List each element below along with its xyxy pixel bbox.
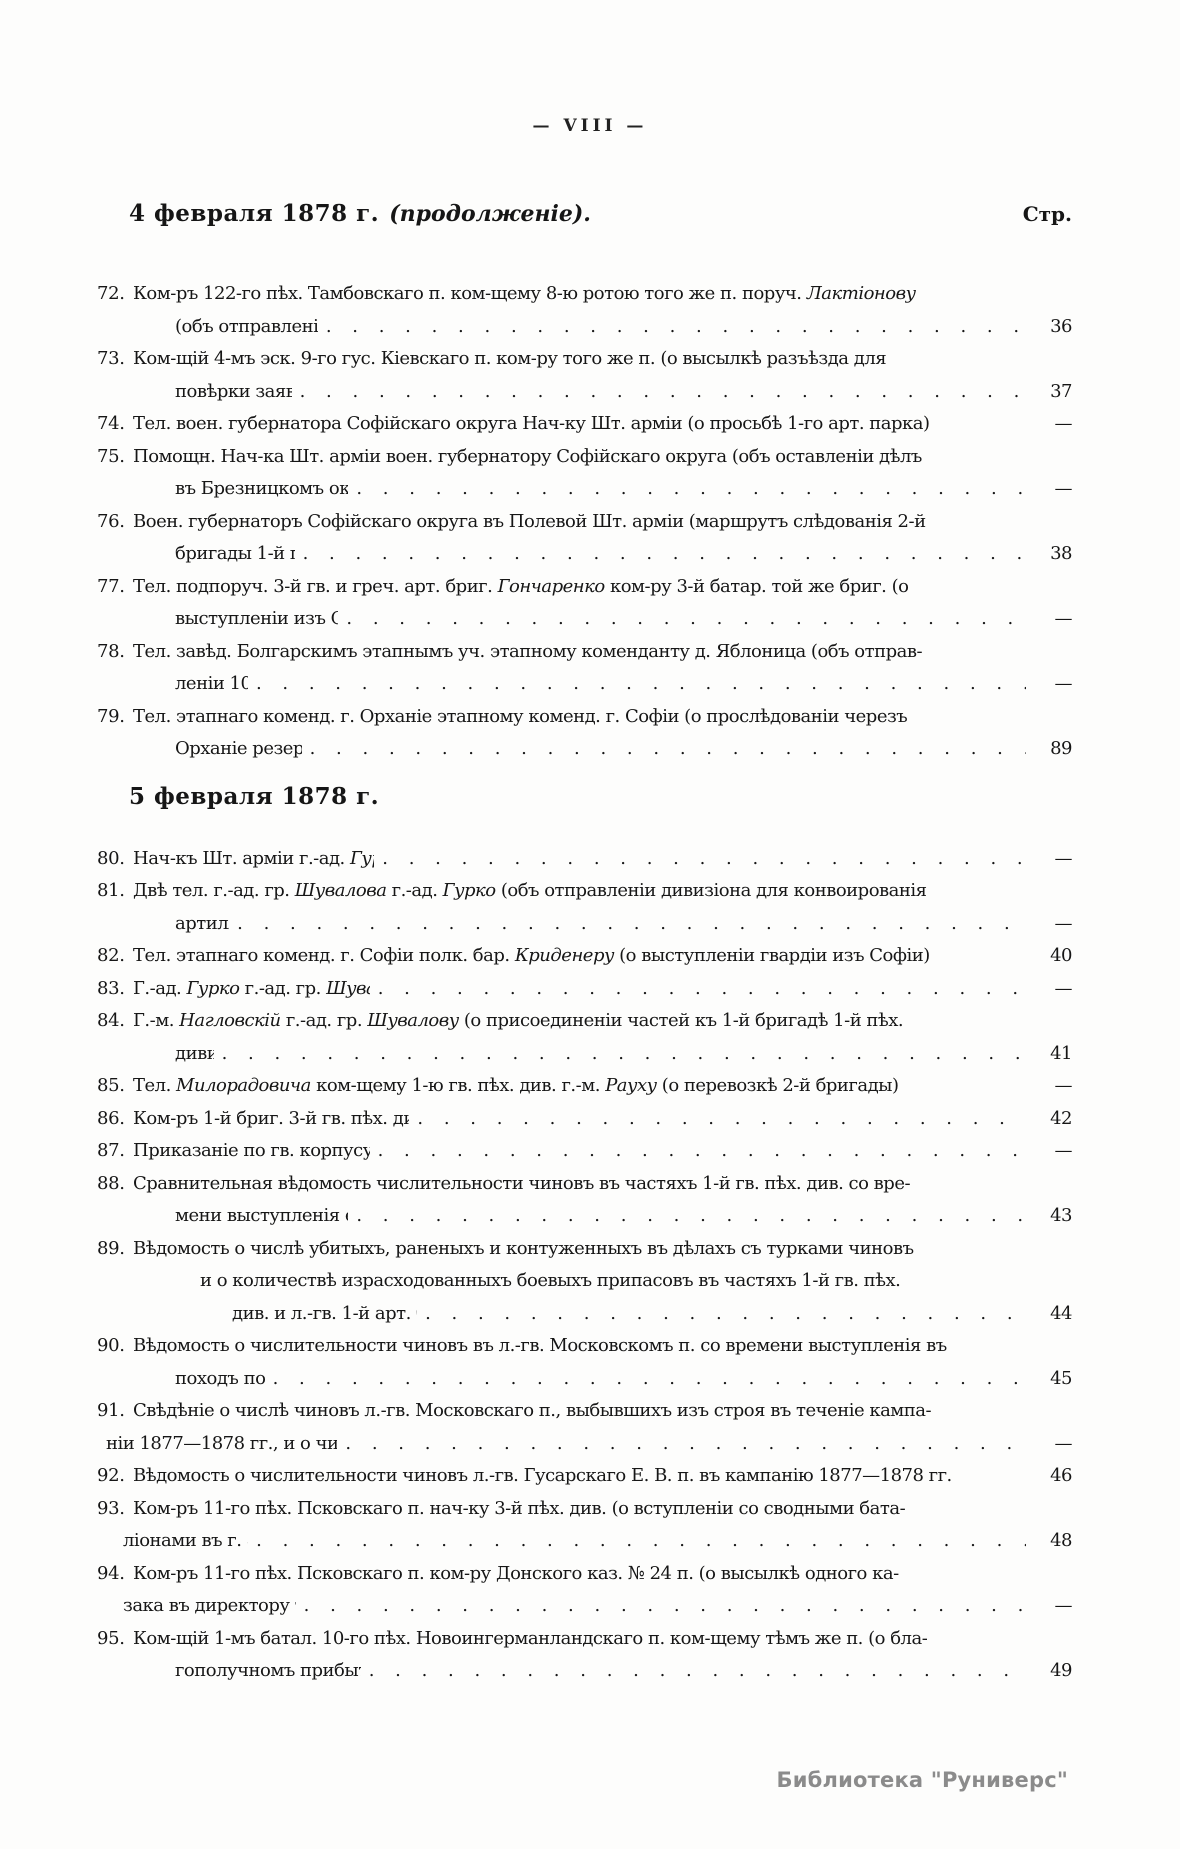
dot-leader: . . . . . . . . . . . . . . . . . . . . … — [370, 973, 1026, 1006]
entry-text-segment: и о количествѣ израсходованныхъ боевыхъ … — [200, 1270, 900, 1291]
entry-text-segment: г.-ад. гр. — [281, 1010, 368, 1031]
entry-page-number: 42 — [1026, 1103, 1072, 1136]
toc-entry: 94.Ком-ръ 11-го пѣх. Псковскаго п. ком-р… — [97, 1558, 1072, 1623]
entry-line: Орханіе резервнаго баталіона). . . . . .… — [175, 733, 1072, 766]
entry-number: 81. — [97, 875, 131, 908]
toc-entry: 80.Нач-къ Шт. арміи г.-ад. Гурко (о движ… — [97, 843, 1072, 876]
entry-number: 72. — [97, 278, 131, 311]
dot-leader: . . . . . . . . . . . . . . . . . . . . … — [337, 1428, 1026, 1461]
entry-page-number: — — [1026, 1135, 1072, 1168]
entry-page-number: — — [1026, 1428, 1072, 1461]
entry-text: ніи 1877—1878 гг., и о числѣ израсходова… — [106, 1428, 337, 1461]
entry-line: дивизіи). . . . . . . . . . . . . . . . … — [175, 1038, 1072, 1071]
entry-text-segment: (о присоединеніи частей къ 1-й бригадѣ 1… — [459, 1010, 903, 1031]
entry-page-number: 49 — [1026, 1655, 1072, 1688]
entry-number: 83. — [97, 973, 131, 1006]
toc-entry: 76.Воен. губернаторъ Софійскаго округа в… — [97, 506, 1072, 571]
entry-line: Ком-ръ 122-го пѣх. Тамбовскаго п. ком-ще… — [133, 278, 1072, 311]
entry-text-segment: походъ по 5 февраля — [175, 1368, 265, 1389]
entry-page-number: 45 — [1026, 1363, 1072, 1396]
entry-number: 92. — [97, 1460, 131, 1493]
entry-line: Вѣдомость о числительности чиновъ въ л.-… — [133, 1330, 1072, 1363]
entry-line: зака въ директору телеграфа въ г. Эносѣ)… — [123, 1590, 1072, 1623]
entry-text-segment: Орханіе резервнаго баталіона) — [175, 738, 302, 759]
person-name-italic: Гурко — [443, 880, 496, 901]
entry-text-segment: Помощн. Нач-ка Шт. арміи воен. губернато… — [133, 446, 922, 467]
entry-text: Приказаніе по гв. корпусу (о формировані… — [133, 1135, 370, 1168]
entry-page-number: 43 — [1026, 1200, 1072, 1233]
dot-leader: . . . . . . . . . . . . . . . . . . . . … — [214, 1038, 1026, 1071]
entry-text: и о количествѣ израсходованныхъ боевыхъ … — [200, 1265, 900, 1298]
entry-text: походъ по 5 февраля — [175, 1363, 265, 1396]
toc-entry: 92.Вѣдомость о числительности чиновъ л.-… — [97, 1460, 1072, 1493]
entry-number: 94. — [97, 1558, 131, 1591]
entry-line: Ком-ръ 1-й бриг. 3-й гв. пѣх. див. нач-к… — [133, 1103, 1072, 1136]
entry-text-segment: артиллеріи) — [175, 913, 229, 934]
entry-text-segment: Вѣдомость о числительности чиновъ въ л.-… — [133, 1335, 947, 1356]
dot-leader: . . . . . . . . . . . . . . . . . . . . … — [361, 1655, 1026, 1688]
entry-line: Ком-ръ 11-го пѣх. Псковскаго п. нач-ку 3… — [133, 1493, 1072, 1526]
entry-text: Г.-м. Нагловскій г.-ад. гр. Шувалову (о … — [133, 1005, 903, 1038]
toc-entry: 91.Свѣдѣніе о числѣ чиновъ л.-гв. Москов… — [97, 1395, 1072, 1460]
entry-line: Г.-м. Нагловскій г.-ад. гр. Шувалову (о … — [133, 1005, 1072, 1038]
entry-text-segment: Свѣдѣніе о числѣ чиновъ л.-гв. Московска… — [133, 1400, 931, 1421]
entry-text: Воен. губернаторъ Софійскаго округа въ П… — [133, 506, 926, 539]
entry-text-segment: Ком-ръ 122-го пѣх. Тамбовскаго п. ком-ще… — [133, 283, 807, 304]
entry-text-segment: повѣрки заявленій болгаръ) — [175, 381, 292, 402]
entry-text-segment: г.-ад. — [386, 880, 442, 901]
entry-text-segment: г.-ад. гр. — [239, 978, 326, 999]
entry-text-segment: Тел. подпоруч. 3-й гв. и греч. арт. бриг… — [133, 576, 498, 597]
entry-text-segment: Тел. воен. губернатора Софійскаго округа… — [133, 413, 930, 434]
entry-line: Тел. воен. губернатора Софійскаго округа… — [133, 408, 1072, 441]
entry-number: 75. — [97, 441, 131, 474]
page-marker: — VIII — — [0, 116, 1180, 136]
entry-text-segment: Г.-ад. — [133, 978, 186, 999]
entry-number: 79. — [97, 701, 131, 734]
dot-leader: . . . . . . . . . . . . . . . . . . . . … — [417, 1298, 1026, 1331]
entry-text-segment: Ком-ръ 11-го пѣх. Псковскаго п. ком-ру Д… — [133, 1563, 899, 1584]
entry-text-segment: Тел. завѣд. Болгарскимъ этапнымъ уч. эта… — [133, 641, 922, 662]
dot-leader: . . . . . . . . . . . . . . . . . . . . … — [295, 538, 1026, 571]
entry-text: Тел. Милорадовича ком-щему 1-ю гв. пѣх. … — [133, 1070, 899, 1103]
person-name-italic: Шувалова — [295, 880, 387, 901]
toc-entry: 78.Тел. завѣд. Болгарскимъ этапнымъ уч. … — [97, 636, 1072, 701]
entry-text-segment: Ком-ръ 11-го пѣх. Псковскаго п. нач-ку 3… — [133, 1498, 905, 1519]
entry-text: Вѣдомость о числительности чиновъ въ л.-… — [133, 1330, 947, 1363]
entry-text: Г.-ад. Гурко г.-ад. гр. Шувалову (о снаб… — [133, 973, 370, 1006]
dot-leader: . . . . . . . . . . . . . . . . . . . . … — [318, 311, 1026, 344]
entry-text: Ком-ръ 11-го пѣх. Псковскаго п. нач-ку 3… — [133, 1493, 905, 1526]
dot-leader: . . . . . . . . . . . . . . . . . . . . … — [292, 376, 1026, 409]
section-heading-note: (продолженіе). — [389, 196, 591, 232]
entry-line: Вѣдомость о числѣ убитыхъ, раненыхъ и ко… — [133, 1233, 1072, 1266]
entry-line: ніи 1877—1878 гг., и о числѣ израсходова… — [106, 1428, 1072, 1461]
entry-text: леніи 10-й роты) — [175, 668, 248, 701]
entry-page-number: — — [1026, 843, 1072, 876]
entry-line: походъ по 5 февраля. . . . . . . . . . .… — [175, 1363, 1072, 1396]
entry-number: 73. — [97, 343, 131, 376]
entry-text-segment: выступленіи изъ Орханіе двухъ ящиковъ). — [175, 608, 338, 629]
scanned-book-page: — VIII — 4 февраля 1878 г.(продолженіе).… — [0, 0, 1180, 1849]
person-name-italic: Нагловскій — [179, 1010, 280, 1031]
entry-text: Ком-ръ 122-го пѣх. Тамбовскаго п. ком-ще… — [133, 278, 916, 311]
entry-text: Ком-ръ 1-й бриг. 3-й гв. пѣх. див. нач-к… — [133, 1103, 409, 1136]
toc-entry: 86.Ком-ръ 1-й бриг. 3-й гв. пѣх. див. на… — [97, 1103, 1072, 1136]
entry-page-number: 48 — [1026, 1525, 1072, 1558]
entry-text: повѣрки заявленій болгаръ) — [175, 376, 292, 409]
person-name-italic: Лактіонову — [807, 283, 916, 304]
entry-text: выступленіи изъ Орханіе двухъ ящиковъ). — [175, 603, 338, 636]
entry-text-segment: (о выступленіи гвардіи изъ Софіи) — [614, 945, 930, 966]
entry-text: дивизіи) — [175, 1038, 214, 1071]
entry-number: 84. — [97, 1005, 131, 1038]
entry-number: 91. — [97, 1395, 131, 1428]
entry-page-number: 44 — [1026, 1298, 1072, 1331]
entry-text: Помощн. Нач-ка Шт. арміи воен. губернато… — [133, 441, 922, 474]
entry-text-segment: ліонами въ г. Эносъ и проч.) — [123, 1530, 248, 1551]
entry-text-segment: Ком-щій 1-мъ батал. 10-го пѣх. Новоингер… — [133, 1628, 927, 1649]
person-name-italic: Шувалову — [367, 1010, 458, 1031]
entry-text: (объ отправленіи при 2-й полуротѣ) — [175, 311, 318, 344]
entry-line: выступленіи изъ Орханіе двухъ ящиковъ)..… — [175, 603, 1072, 636]
entry-text-segment: гополучномъ прибытіи съ ротами въ д. Іен… — [175, 1660, 361, 1681]
entry-line: Тел. этапнаго коменд. г. Софіи полк. бар… — [133, 940, 1072, 973]
entry-number: 85. — [97, 1070, 131, 1103]
dot-leader: . . . . . . . . . . . . . . . . . . . . … — [248, 1525, 1026, 1558]
entry-text-segment: Ком-ръ 1-й бриг. 3-й гв. пѣх. див. нач-к… — [133, 1108, 409, 1129]
dot-leader: . . . . . . . . . . . . . . . . . . . . … — [338, 603, 1026, 636]
dot-leader: . . . . . . . . . . . . . . . . . . . . … — [296, 1590, 1026, 1623]
entry-text-segment: въ Брезницкомъ округѣ до заключенія мира… — [175, 478, 348, 499]
entry-line: гополучномъ прибытіи съ ротами въ д. Іен… — [175, 1655, 1072, 1688]
entry-page-number: 38 — [1026, 538, 1072, 571]
entry-text: Вѣдомость о числѣ убитыхъ, раненыхъ и ко… — [133, 1233, 914, 1266]
entry-text: бригады 1-й гв. пѣх. дивизіи) — [175, 538, 295, 571]
toc-entry: 90.Вѣдомость о числительности чиновъ въ … — [97, 1330, 1072, 1395]
toc-entry: 83.Г.-ад. Гурко г.-ад. гр. Шувалову (о с… — [97, 973, 1072, 1006]
entry-text-segment: Г.-м. — [133, 1010, 179, 1031]
dot-leader: . . . . . . . . . . . . . . . . . . . . … — [409, 1103, 1026, 1136]
entry-number: 90. — [97, 1330, 131, 1363]
entry-line: мени выступленія ея въ походъ по 5 февра… — [175, 1200, 1072, 1233]
toc-entry: 77.Тел. подпоруч. 3-й гв. и греч. арт. б… — [97, 571, 1072, 636]
toc-entry: 87.Приказаніе по гв. корпусу (о формиров… — [97, 1135, 1072, 1168]
entry-text-segment: бригады 1-й гв. пѣх. дивизіи) — [175, 543, 295, 564]
entry-text-segment: Тел. этапнаго коменд. г. Софіи полк. бар… — [133, 945, 515, 966]
entry-text-segment: ніи 1877—1878 гг., и о числѣ израсходова… — [106, 1433, 337, 1454]
dot-leader: . . . . . . . . . . . . . . . . . . . . … — [370, 1135, 1026, 1168]
person-name-italic: Гурко — [186, 978, 239, 999]
entry-number: 76. — [97, 506, 131, 539]
dot-leader: . . . . . . . . . . . . . . . . . . . . … — [302, 733, 1026, 766]
entry-text: Тел. подпоруч. 3-й гв. и греч. арт. бриг… — [133, 571, 908, 604]
entry-number: 78. — [97, 636, 131, 669]
entry-text: Ком-щій 1-мъ батал. 10-го пѣх. Новоингер… — [133, 1623, 927, 1656]
entry-line: Воен. губернаторъ Софійскаго округа въ П… — [133, 506, 1072, 539]
entry-line: (объ отправленіи при 2-й полуротѣ). . . … — [175, 311, 1072, 344]
entry-line: Сравнительная вѣдомость числительности ч… — [133, 1168, 1072, 1201]
toc-entry: 73.Ком-щій 4-мъ эск. 9-го гус. Кіевскаго… — [97, 343, 1072, 408]
entry-line: Двѣ тел. г.-ад. гр. Шувалова г.-ад. Гурк… — [133, 875, 1072, 908]
entry-text: Ком-ръ 11-го пѣх. Псковскаго п. ком-ру Д… — [133, 1558, 899, 1591]
entry-text-segment: зака въ директору телеграфа въ г. Эносѣ) — [123, 1595, 296, 1616]
entry-text-segment: Вѣдомость о числѣ убитыхъ, раненыхъ и ко… — [133, 1238, 914, 1259]
person-name-italic: Милорадовича — [176, 1075, 311, 1096]
toc-entry: 89.Вѣдомость о числѣ убитыхъ, раненыхъ и… — [97, 1233, 1072, 1331]
section-heading-row: 5 февраля 1878 г. — [97, 779, 1072, 815]
entry-text: Тел. воен. губернатора Софійскаго округа… — [133, 408, 930, 441]
entry-text-segment: Тел. — [133, 1075, 176, 1096]
entry-text-segment: (объ отправленіи при 2-й полуротѣ) — [175, 316, 318, 337]
entry-number: 80. — [97, 843, 131, 876]
entry-number: 77. — [97, 571, 131, 604]
entry-line: въ Брезницкомъ округѣ до заключенія мира… — [175, 473, 1072, 506]
entry-text: гополучномъ прибытіи съ ротами въ д. Іен… — [175, 1655, 361, 1688]
toc-entry: 84.Г.-м. Нагловскій г.-ад. гр. Шувалову … — [97, 1005, 1072, 1070]
entry-number: 82. — [97, 940, 131, 973]
entry-line: Нач-къ Шт. арміи г.-ад. Гурко (о движені… — [133, 843, 1072, 876]
entry-line: леніи 10-й роты). . . . . . . . . . . . … — [175, 668, 1072, 701]
entry-number: 89. — [97, 1233, 131, 1266]
toc-section: 4 февраля 1878 г.(продолженіе).Стр.72.Ко… — [97, 196, 1072, 766]
entry-page-number: — — [1026, 603, 1072, 636]
entry-text: Орханіе резервнаго баталіона) — [175, 733, 302, 766]
entry-line: Тел. подпоруч. 3-й гв. и греч. арт. бриг… — [133, 571, 1072, 604]
entry-line: бригады 1-й гв. пѣх. дивизіи). . . . . .… — [175, 538, 1072, 571]
entry-page-number: 36 — [1026, 311, 1072, 344]
entry-text: зака въ директору телеграфа въ г. Эносѣ) — [123, 1590, 296, 1623]
entry-line: Ком-щій 1-мъ батал. 10-го пѣх. Новоингер… — [133, 1623, 1072, 1656]
entry-page-number: 89 — [1026, 733, 1072, 766]
person-name-italic: Криденеру — [515, 945, 614, 966]
toc-entry: 93.Ком-ръ 11-го пѣх. Псковскаго п. нач-к… — [97, 1493, 1072, 1558]
entry-page-number: — — [1026, 668, 1072, 701]
dot-leader: . . . . . . . . . . . . . . . . . . . . … — [374, 843, 1026, 876]
entry-text: мени выступленія ея въ походъ по 5 февра… — [175, 1200, 348, 1233]
library-watermark: Библиотека "Руниверс" — [777, 1768, 1068, 1792]
entry-number: 74. — [97, 408, 131, 441]
toc-entry: 72.Ком-ръ 122-го пѣх. Тамбовскаго п. ком… — [97, 278, 1072, 343]
toc-section: 5 февраля 1878 г.80.Нач-къ Шт. арміи г.-… — [97, 779, 1072, 1688]
person-name-italic: Рауху — [605, 1075, 656, 1096]
entry-line: ліонами въ г. Эносъ и проч.). . . . . . … — [123, 1525, 1072, 1558]
entry-text-segment: див. и л.-гв. 1-й арт. бриг. въ кампанію… — [232, 1303, 417, 1324]
page-column-label: Стр. — [1023, 196, 1072, 232]
entry-number: 95. — [97, 1623, 131, 1656]
toc-entry: 75.Помощн. Нач-ка Шт. арміи воен. губерн… — [97, 441, 1072, 506]
entry-page-number: 46 — [1026, 1460, 1072, 1493]
entry-page-number: — — [1026, 973, 1072, 1006]
entry-text-segment: Двѣ тел. г.-ад. гр. — [133, 880, 295, 901]
entry-line: Тел. этапнаго коменд. г. Орханіе этапном… — [133, 701, 1072, 734]
entry-text-segment: Воен. губернаторъ Софійскаго округа въ П… — [133, 511, 926, 532]
entry-number: 87. — [97, 1135, 131, 1168]
entry-page-number: 41 — [1026, 1038, 1072, 1071]
section-date-heading: 4 февраля 1878 г. — [129, 196, 379, 232]
entry-line: Ком-щій 4-мъ эск. 9-го гус. Кіевскаго п.… — [133, 343, 1072, 376]
dot-leader: . . . . . . . . . . . . . . . . . . . . … — [248, 668, 1026, 701]
entry-text-segment: Сравнительная вѣдомость числительности ч… — [133, 1173, 910, 1194]
toc-entry: 82.Тел. этапнаго коменд. г. Софіи полк. … — [97, 940, 1072, 973]
entry-text-segment: Нач-къ Шт. арміи г.-ад. — [133, 848, 350, 869]
entry-number: 93. — [97, 1493, 131, 1526]
entry-text: Тел. этапнаго коменд. г. Софіи полк. бар… — [133, 940, 930, 973]
entry-text-segment: леніи 10-й роты) — [175, 673, 248, 694]
entry-page-number: — — [1026, 408, 1072, 441]
entry-text-segment: Ком-щій 4-мъ эск. 9-го гус. Кіевскаго п.… — [133, 348, 886, 369]
entry-line: Свѣдѣніе о числѣ чиновъ л.-гв. Московска… — [133, 1395, 1072, 1428]
entry-page-number: — — [1026, 908, 1072, 941]
section-heading-row: 4 февраля 1878 г.(продолженіе).Стр. — [97, 196, 1072, 232]
entry-number: 88. — [97, 1168, 131, 1201]
entry-text: въ Брезницкомъ округѣ до заключенія мира… — [175, 473, 348, 506]
entry-page-number: 37 — [1026, 376, 1072, 409]
entry-line: Тел. Милорадовича ком-щему 1-ю гв. пѣх. … — [133, 1070, 1072, 1103]
entry-text: ліонами въ г. Эносъ и проч.) — [123, 1525, 248, 1558]
entry-line: артиллеріи). . . . . . . . . . . . . . .… — [175, 908, 1072, 941]
person-name-italic: Гурко — [350, 848, 374, 869]
entry-text-segment: (о перевозкѣ 2-й бригады) — [657, 1075, 899, 1096]
toc-entry: 79.Тел. этапнаго коменд. г. Орханіе этап… — [97, 701, 1072, 766]
entry-text-segment: ком-ру 3-й батар. той же бриг. (о — [605, 576, 909, 597]
entry-text: артиллеріи) — [175, 908, 229, 941]
dot-leader: . . . . . . . . . . . . . . . . . . . . … — [229, 908, 1026, 941]
entry-line: Ком-ръ 11-го пѣх. Псковскаго п. ком-ру Д… — [133, 1558, 1072, 1591]
entry-text-segment: ком-щему 1-ю гв. пѣх. див. г.-м. — [311, 1075, 605, 1096]
toc-entry: 95.Ком-щій 1-мъ батал. 10-го пѣх. Новоин… — [97, 1623, 1072, 1688]
entry-page-number: — — [1026, 1070, 1072, 1103]
entry-text-segment: дивизіи) — [175, 1043, 214, 1064]
dot-leader: . . . . . . . . . . . . . . . . . . . . … — [348, 1200, 1026, 1233]
section-date-heading: 5 февраля 1878 г. — [129, 779, 379, 815]
entry-page-number: 40 — [1026, 940, 1072, 973]
toc-entry: 85.Тел. Милорадовича ком-щему 1-ю гв. пѣ… — [97, 1070, 1072, 1103]
dot-leader: . . . . . . . . . . . . . . . . . . . . … — [348, 473, 1026, 506]
entry-page-number: — — [1026, 473, 1072, 506]
entry-text-segment: Тел. этапнаго коменд. г. Орханіе этапном… — [133, 706, 907, 727]
entry-text-segment: мени выступленія ея въ походъ по 5 февра… — [175, 1205, 348, 1226]
entry-text: Тел. завѣд. Болгарскимъ этапнымъ уч. эта… — [133, 636, 922, 669]
entry-text: Вѣдомость о числительности чиновъ л.-гв.… — [133, 1460, 952, 1493]
entry-line: Приказаніе по гв. корпусу (о формировані… — [133, 1135, 1072, 1168]
entry-line: Помощн. Нач-ка Шт. арміи воен. губернато… — [133, 441, 1072, 474]
person-name-italic: Гончаренко — [498, 576, 605, 597]
entry-text: Сравнительная вѣдомость числительности ч… — [133, 1168, 910, 1201]
entry-text: Двѣ тел. г.-ад. гр. Шувалова г.-ад. Гурк… — [133, 875, 927, 908]
entry-text: Нач-къ Шт. арміи г.-ад. Гурко (о движені… — [133, 843, 374, 876]
entry-text: див. и л.-гв. 1-й арт. бриг. въ кампанію… — [232, 1298, 417, 1331]
toc-entry: 74.Тел. воен. губернатора Софійскаго окр… — [97, 408, 1072, 441]
entry-line: Вѣдомость о числительности чиновъ л.-гв.… — [133, 1460, 1072, 1493]
toc-entry: 88.Сравнительная вѣдомость числительност… — [97, 1168, 1072, 1233]
entry-line: и о количествѣ израсходованныхъ боевыхъ … — [200, 1265, 1072, 1298]
toc: 4 февраля 1878 г.(продолженіе).Стр.72.Ко… — [97, 196, 1072, 1688]
entry-text-segment: Вѣдомость о числительности чиновъ л.-гв.… — [133, 1465, 952, 1486]
entry-page-number: — — [1026, 1590, 1072, 1623]
entry-number: 86. — [97, 1103, 131, 1136]
entry-text-segment: Приказаніе по гв. корпусу (о формировані… — [133, 1140, 370, 1161]
entry-line: див. и л.-гв. 1-й арт. бриг. въ кампанію… — [232, 1298, 1072, 1331]
entry-line: Тел. завѣд. Болгарскимъ этапнымъ уч. эта… — [133, 636, 1072, 669]
entry-line: повѣрки заявленій болгаръ). . . . . . . … — [175, 376, 1072, 409]
entry-text-segment: (объ отправленіи дивизіона для конвоиров… — [496, 880, 927, 901]
dot-leader: . . . . . . . . . . . . . . . . . . . . … — [265, 1363, 1026, 1396]
entry-text: Ком-щій 4-мъ эск. 9-го гус. Кіевскаго п.… — [133, 343, 886, 376]
entry-text: Тел. этапнаго коменд. г. Орханіе этапном… — [133, 701, 907, 734]
person-name-italic: Шувалову — [326, 978, 370, 999]
toc-entry: 81.Двѣ тел. г.-ад. гр. Шувалова г.-ад. Г… — [97, 875, 1072, 940]
entry-line: Г.-ад. Гурко г.-ад. гр. Шувалову (о снаб… — [133, 973, 1072, 1006]
entry-text: Свѣдѣніе о числѣ чиновъ л.-гв. Московска… — [133, 1395, 931, 1428]
